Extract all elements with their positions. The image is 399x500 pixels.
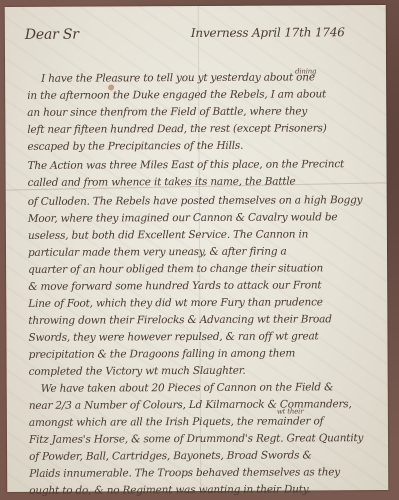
interlineation: wt their [277, 407, 304, 415]
letter-line: I have the Pleasure to tell you yt yeste… [41, 71, 315, 84]
letter-line: quarter of an hour obliged them to chang… [28, 262, 323, 276]
letter-line: called and from whence it takes its name… [28, 175, 296, 188]
letter-line: precipitation & the Dragoons falling in … [29, 347, 296, 360]
letter-line: completed the Victory wt much Slaughter. [29, 365, 246, 378]
letter-line: ought to do, & no Regiment was wanting i… [29, 483, 310, 496]
letter-line: useless, but both did Excellent Service.… [28, 228, 308, 241]
letter-line: Moor, where they imagined our Cannon & C… [28, 211, 338, 225]
letter-line: The Action was three Miles East of this … [28, 158, 345, 172]
letter-line: an hour since thenfrom the Field of Batt… [27, 105, 307, 118]
letter-line: Swords, they were however repulsed, & ra… [28, 330, 318, 344]
letter-line: Fitz James's Horse, & some of Drummond's… [29, 432, 363, 446]
letter-line: amongst which are all the Irish Piquets,… [29, 415, 323, 429]
letter-line: We have taken about 20 Pieces of Cannon … [41, 381, 334, 395]
letter-line: left near fifteen hundred Dead, the rest… [27, 122, 326, 136]
letter-page: Dear Sr Inverness April 17th 1746 dining… [5, 5, 389, 492]
letter-line: of Powder, Ball, Cartridges, Bayonets, B… [29, 449, 312, 462]
letter-line: particular made them very uneasy, & afte… [28, 246, 287, 259]
letter-line: in the afternoon the Duke engaged the Re… [27, 88, 326, 102]
letter-line: throwing down their Firelocks & Advancin… [28, 313, 331, 327]
place-date: Inverness April 17th 1746 [191, 25, 345, 40]
letter-line: Plaids innumerable. The Troops behaved t… [29, 466, 340, 480]
letter-line: & move forward some hundred Yards to att… [28, 279, 321, 293]
salutation: Dear Sr [25, 27, 79, 43]
letter-line: escaped by the Precipitancies of the Hil… [27, 140, 243, 153]
letter-line: Line of Foot, which they did wt more Fur… [28, 296, 323, 310]
letter-line: of Culloden. The Rebels have posted them… [28, 194, 363, 208]
